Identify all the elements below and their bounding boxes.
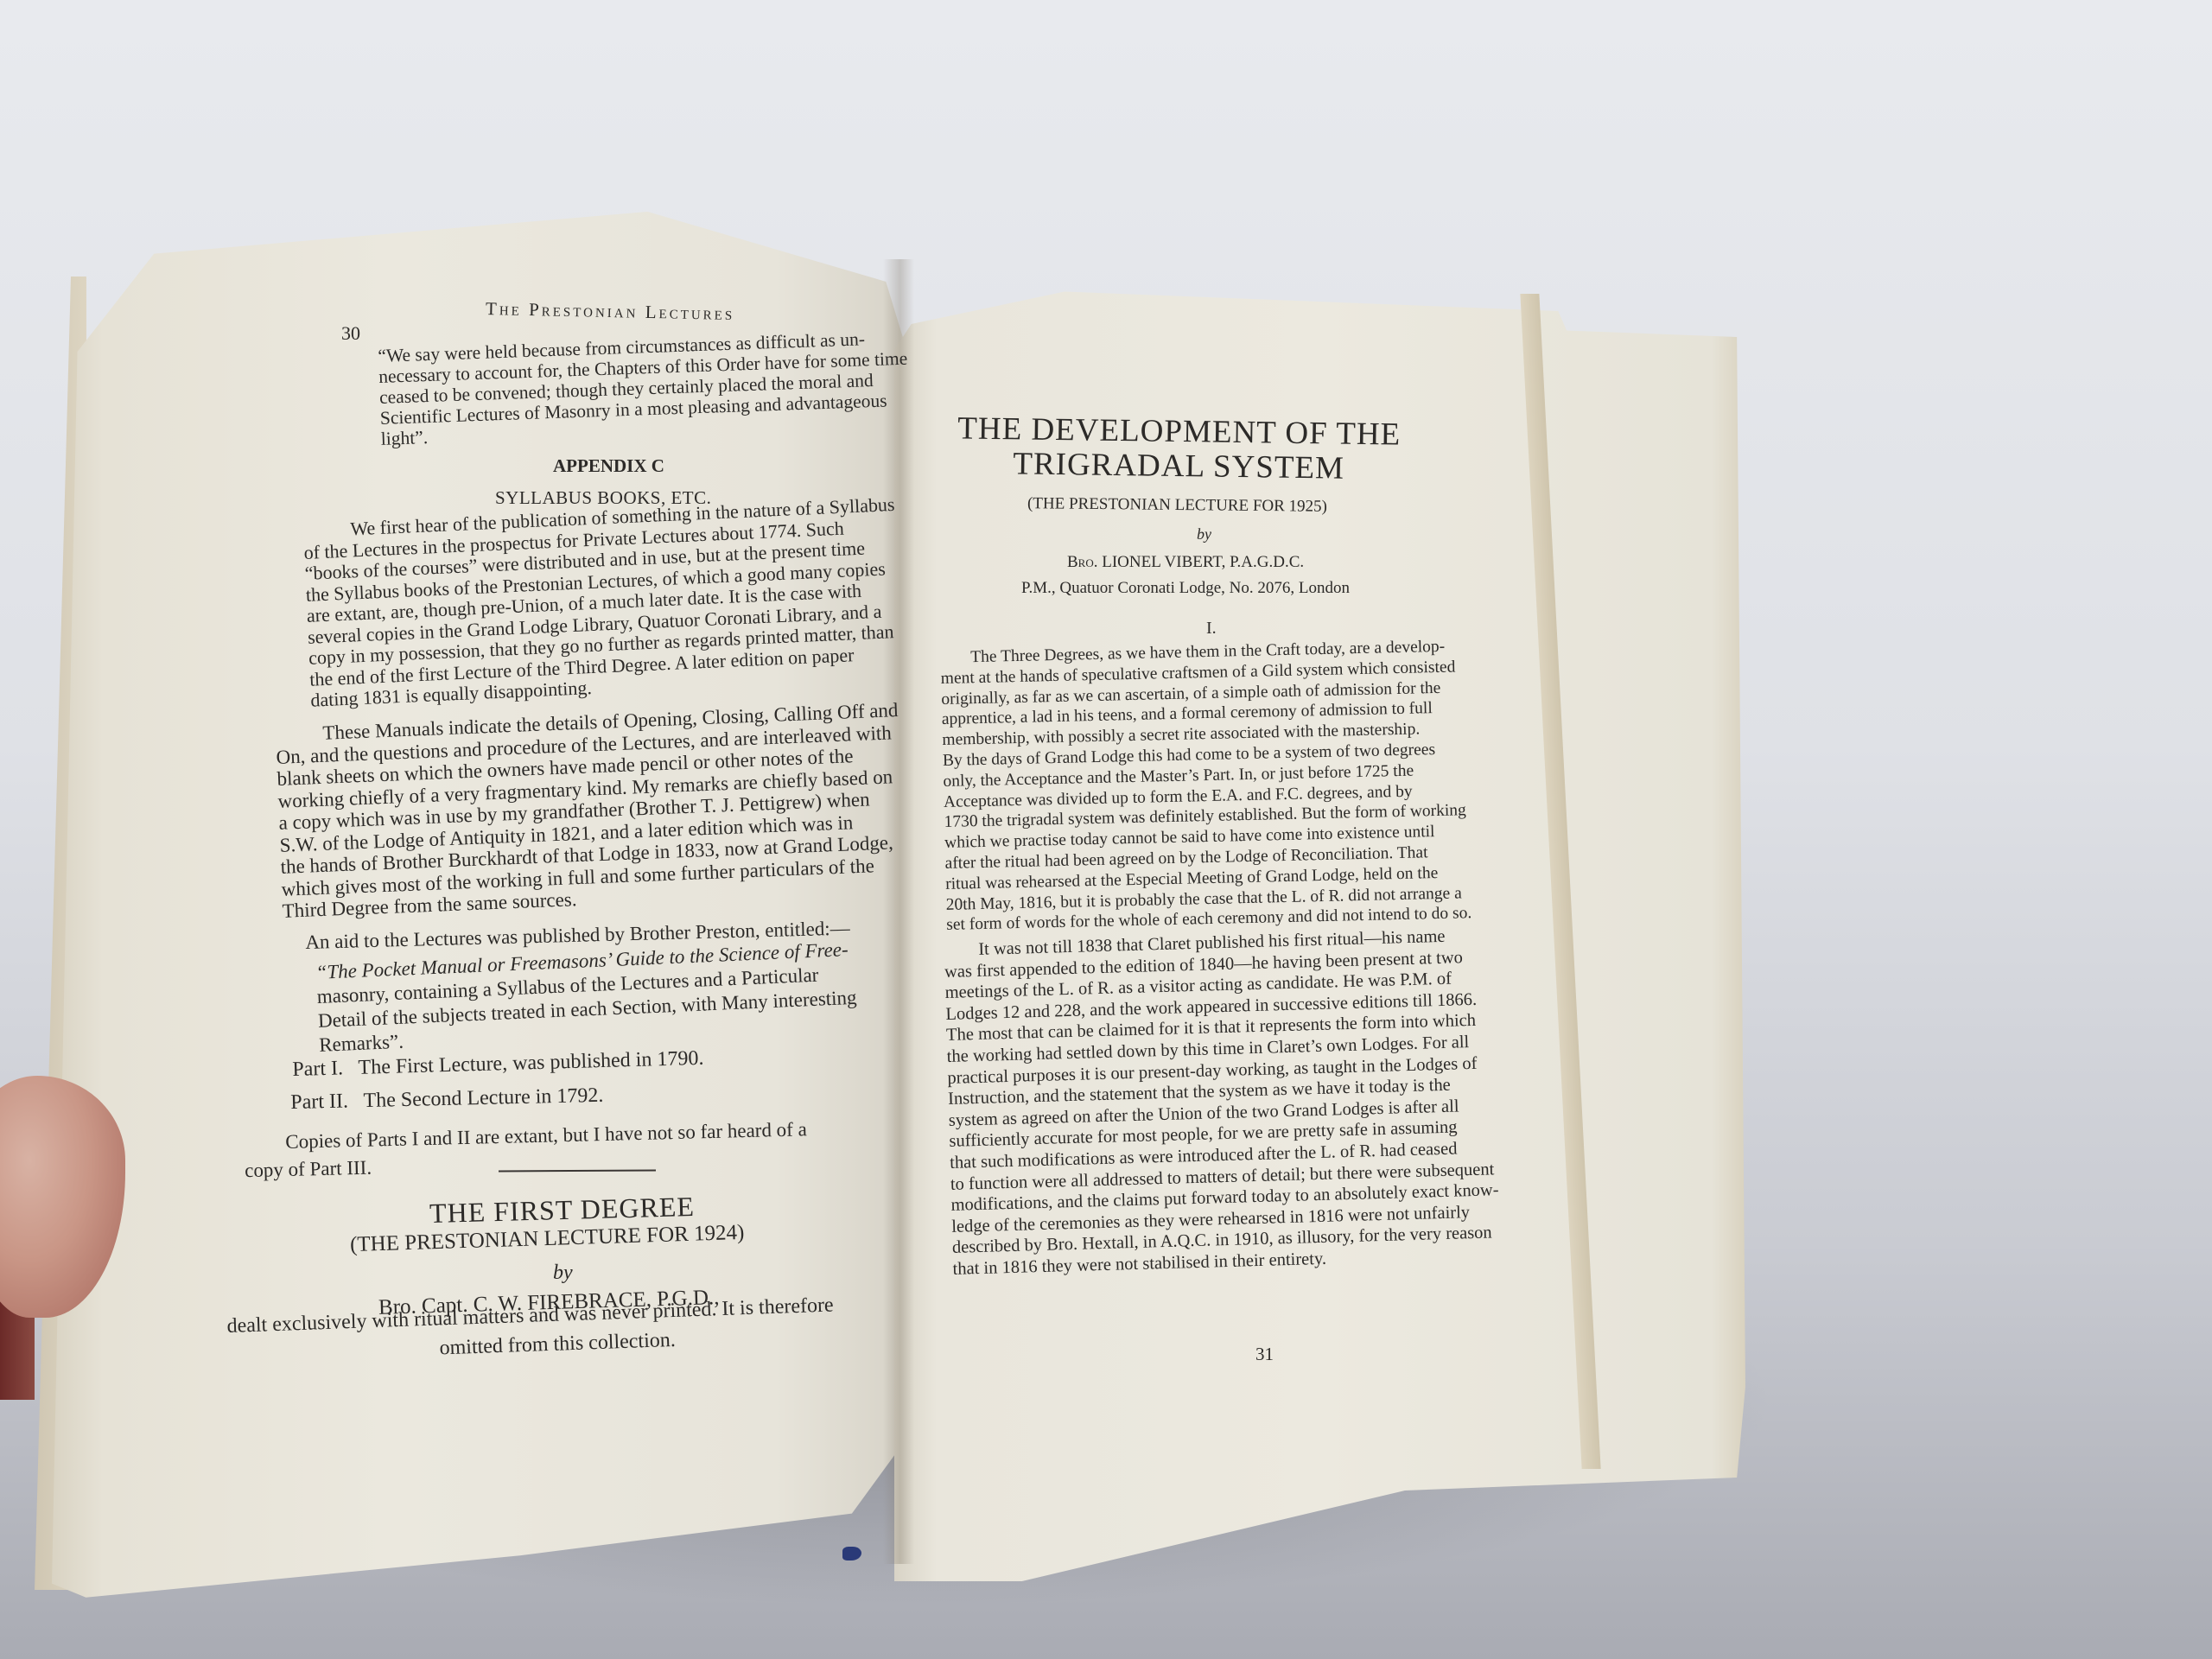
title-line: TRIGRADAL SYSTEM (957, 446, 1400, 486)
book-gutter (883, 259, 914, 1564)
chapter-author-vibert: Bro. LIONEL VIBERT, P.A.G.D.C. (1067, 553, 1304, 572)
paragraph-manuals: These Manuals indicate the details of Op… (275, 699, 906, 922)
part-label: Part II. (290, 1090, 348, 1114)
paragraph-syllabus: We first hear of the publication of some… (302, 494, 903, 711)
page-number-right: 31 (1255, 1344, 1274, 1365)
chapter-subtitle-1925: (THE PRESTONIAN LECTURE FOR 1925) (1027, 494, 1327, 517)
part-label: Part I. (292, 1057, 343, 1081)
chapter-author-affiliation: P.M., Quatuor Coronati Lodge, No. 2076, … (1021, 579, 1350, 598)
chapter-title: THE DEVELOPMENT OF THE TRIGRADAL SYSTEM (957, 411, 1401, 486)
page-number-left: 30 (341, 322, 360, 345)
photo-scene: The Prestonian Lectures 30 “We say were … (0, 0, 2212, 1659)
part-text: The Second Lecture in 1792. (363, 1084, 603, 1112)
quote-block: “We say were held because from circumsta… (378, 327, 910, 449)
paragraph-claret: It was not till 1838 that Claret publish… (944, 925, 1501, 1280)
appendix-heading: APPENDIX C (553, 455, 664, 477)
section-by: by (553, 1262, 573, 1285)
section-numeral: I. (1206, 619, 1217, 639)
paragraph-three-degrees: The Three Degrees, as we have them in th… (940, 636, 1472, 936)
chapter-by: by (1197, 525, 1211, 543)
